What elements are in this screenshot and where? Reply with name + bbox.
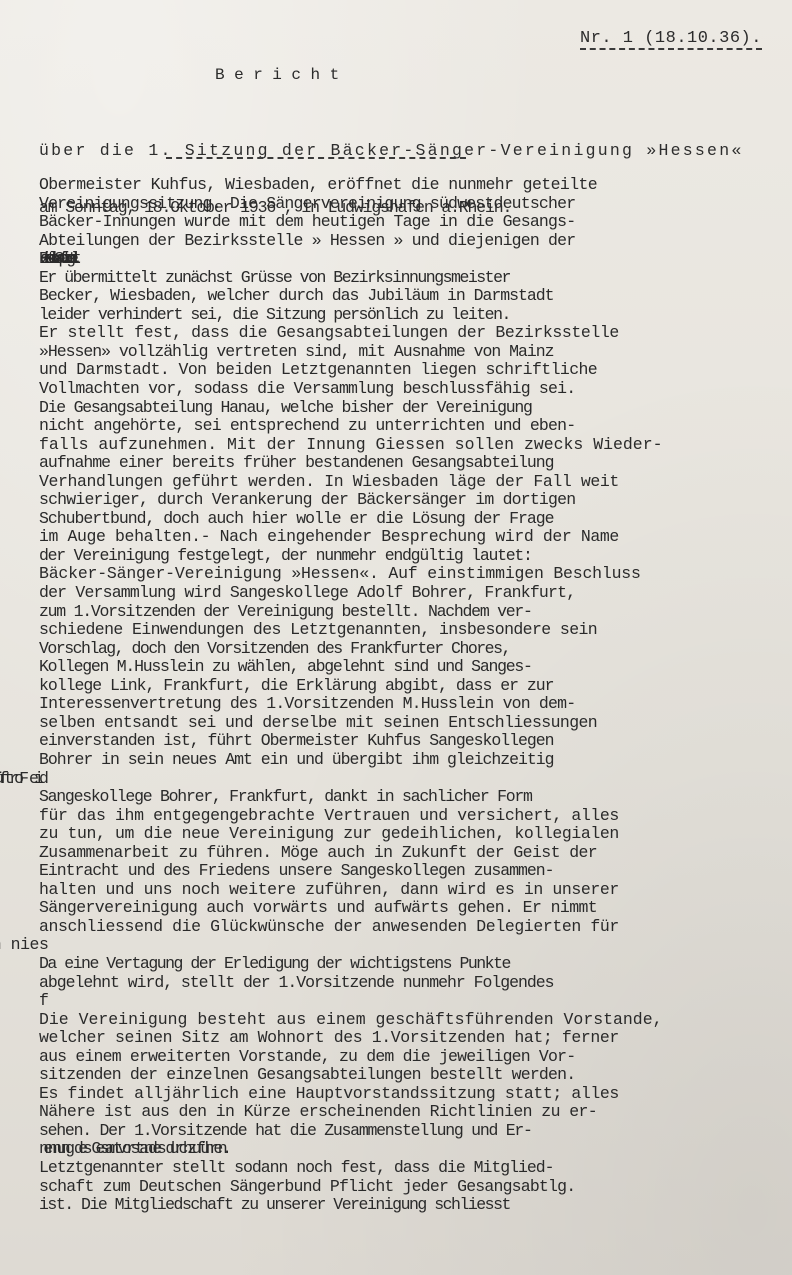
body-line: leider verhindert sei, die Sitzung persö… bbox=[39, 306, 789, 325]
body-line: halten und uns noch weitere zuführen, da… bbox=[39, 881, 789, 900]
report-body: Obermeister Kuhfus, Wiesbaden, eröffnet … bbox=[39, 176, 789, 1215]
body-line: Becker, Wiesbaden, welcher durch das Jub… bbox=[39, 287, 789, 306]
body-line: Schubertbund, doch auch hier wolle er di… bbox=[39, 510, 789, 529]
body-line: falls aufzunehmen. Mit der Innung Giesse… bbox=[39, 436, 789, 455]
typewritten-page: Nr. 1 (18.10.36). Bericht über die 1. Si… bbox=[0, 0, 792, 1275]
body-line: Eintracht und des Friedens unsere Sanges… bbox=[39, 862, 789, 881]
document-title: Bericht bbox=[215, 66, 349, 84]
body-line: schwieriger, durch Verankerung der Bäcke… bbox=[39, 491, 789, 510]
body-line: zum 1.Vorsitzenden der Vereinigung beste… bbox=[39, 603, 789, 622]
body-line: Verhandlungen geführt werden. In Wiesbad… bbox=[39, 473, 789, 492]
body-line: zu tun, um die neue Vereinigung zur gede… bbox=[39, 825, 789, 844]
body-line: ist. Die Mitgliedschaft zu unserer Verei… bbox=[39, 1196, 789, 1215]
body-line: Vorschlag, doch den Vorsitzenden des Fra… bbox=[39, 640, 789, 659]
body-line: Abteilungen der Bezirksstelle » Hessen »… bbox=[39, 232, 789, 251]
body-line: schiedene Einwendungen des Letztgenannte… bbox=[39, 621, 789, 640]
body-line: fest: bbox=[39, 992, 789, 1011]
body-line: der Versammlung wird Sangeskollege Adolf… bbox=[39, 584, 789, 603]
body-line: die Fortführung der Sitzung. bbox=[39, 770, 789, 789]
body-line: Es findet alljährlich eine Hauptvorstand… bbox=[39, 1085, 789, 1104]
separator-rule bbox=[166, 157, 466, 159]
body-line: Bäcker-Innungen wurde mit dem heutigen T… bbox=[39, 213, 789, 232]
body-line: Bezirksstelle » Saarpfalz » geteilt. bbox=[39, 250, 789, 269]
body-line: Kollegen M.Husslein zu wählen, abgelehnt… bbox=[39, 658, 789, 677]
body-line: Die Gesangsabteilung Hanau, welche bishe… bbox=[39, 399, 789, 418]
body-line: Nähere ist aus den in Kürze erscheinende… bbox=[39, 1103, 789, 1122]
body-line: nennung des Gesamtvorstandes durchzuführ… bbox=[39, 1140, 789, 1159]
body-line: Bohrer in sein neues Amt ein und übergib… bbox=[39, 751, 789, 770]
body-line: Vereinigungssitzung. Die Sängervereinigu… bbox=[39, 195, 789, 214]
body-line: Er übermittelt zunächst Grüsse von Bezir… bbox=[39, 269, 789, 288]
body-line: Vollmachten vor, sodass die Versammlung … bbox=[39, 380, 789, 399]
body-line: selben entsandt sei und derselbe mit sei… bbox=[39, 714, 789, 733]
body-line: welcher seinen Sitz am Wohnort des 1.Vor… bbox=[39, 1029, 789, 1048]
body-line: im Auge behalten.- Nach eingehender Besp… bbox=[39, 528, 789, 547]
body-line: Bäcker-Sänger-Vereinigung »Hessen«. Auf … bbox=[39, 565, 789, 584]
body-line: einverstanden ist, führt Obermeister Kuh… bbox=[39, 732, 789, 751]
body-line: anschliessend die Glückwünsche der anwes… bbox=[39, 918, 789, 937]
body-line: sein neues Amt entgegen. bbox=[39, 936, 789, 955]
body-line: »Hessen» vollzählig vertreten sind, mit … bbox=[39, 343, 789, 362]
body-line: aufnahme einer bereits früher bestandene… bbox=[39, 454, 789, 473]
body-line: Letztgenannter stellt sodann noch fest, … bbox=[39, 1159, 789, 1178]
document-number: Nr. 1 (18.10.36). bbox=[580, 30, 762, 50]
body-line: für das ihm entgegengebrachte Vertrauen … bbox=[39, 807, 789, 826]
body-line: Er stellt fest, dass die Gesangsabteilun… bbox=[39, 324, 789, 343]
body-line: nicht angehörte, sei entsprechend zu unt… bbox=[39, 417, 789, 436]
body-line: sitzenden der einzelnen Gesangsabteilung… bbox=[39, 1066, 789, 1085]
body-line: der Vereinigung festgelegt, der nunmehr … bbox=[39, 547, 789, 566]
body-line: abgelehnt wird, stellt der 1.Vorsitzende… bbox=[39, 974, 789, 993]
body-line: Die Vereinigung besteht aus einem geschä… bbox=[39, 1011, 789, 1030]
body-line: Zusammenarbeit zu führen. Möge auch in Z… bbox=[39, 844, 789, 863]
body-line: kollege Link, Frankfurt, die Erklärung a… bbox=[39, 677, 789, 696]
body-line: sehen. Der 1.Vorsitzende hat die Zusamme… bbox=[39, 1122, 789, 1141]
body-line: Obermeister Kuhfus, Wiesbaden, eröffnet … bbox=[39, 176, 789, 195]
body-line: Sängervereinigung auch vorwärts und aufw… bbox=[39, 899, 789, 918]
body-line: und Darmstadt. Von beiden Letztgenannten… bbox=[39, 361, 789, 380]
body-line: Da eine Vertagung der Erledigung der wic… bbox=[39, 955, 789, 974]
body-line: Interessenvertretung des 1.Vorsitzenden … bbox=[39, 695, 789, 714]
body-line: aus einem erweiterten Vorstande, zu dem … bbox=[39, 1048, 789, 1067]
body-line: schaft zum Deutschen Sängerbund Pflicht … bbox=[39, 1178, 789, 1197]
body-line: Sangeskollege Bohrer, Frankfurt, dankt i… bbox=[39, 788, 789, 807]
